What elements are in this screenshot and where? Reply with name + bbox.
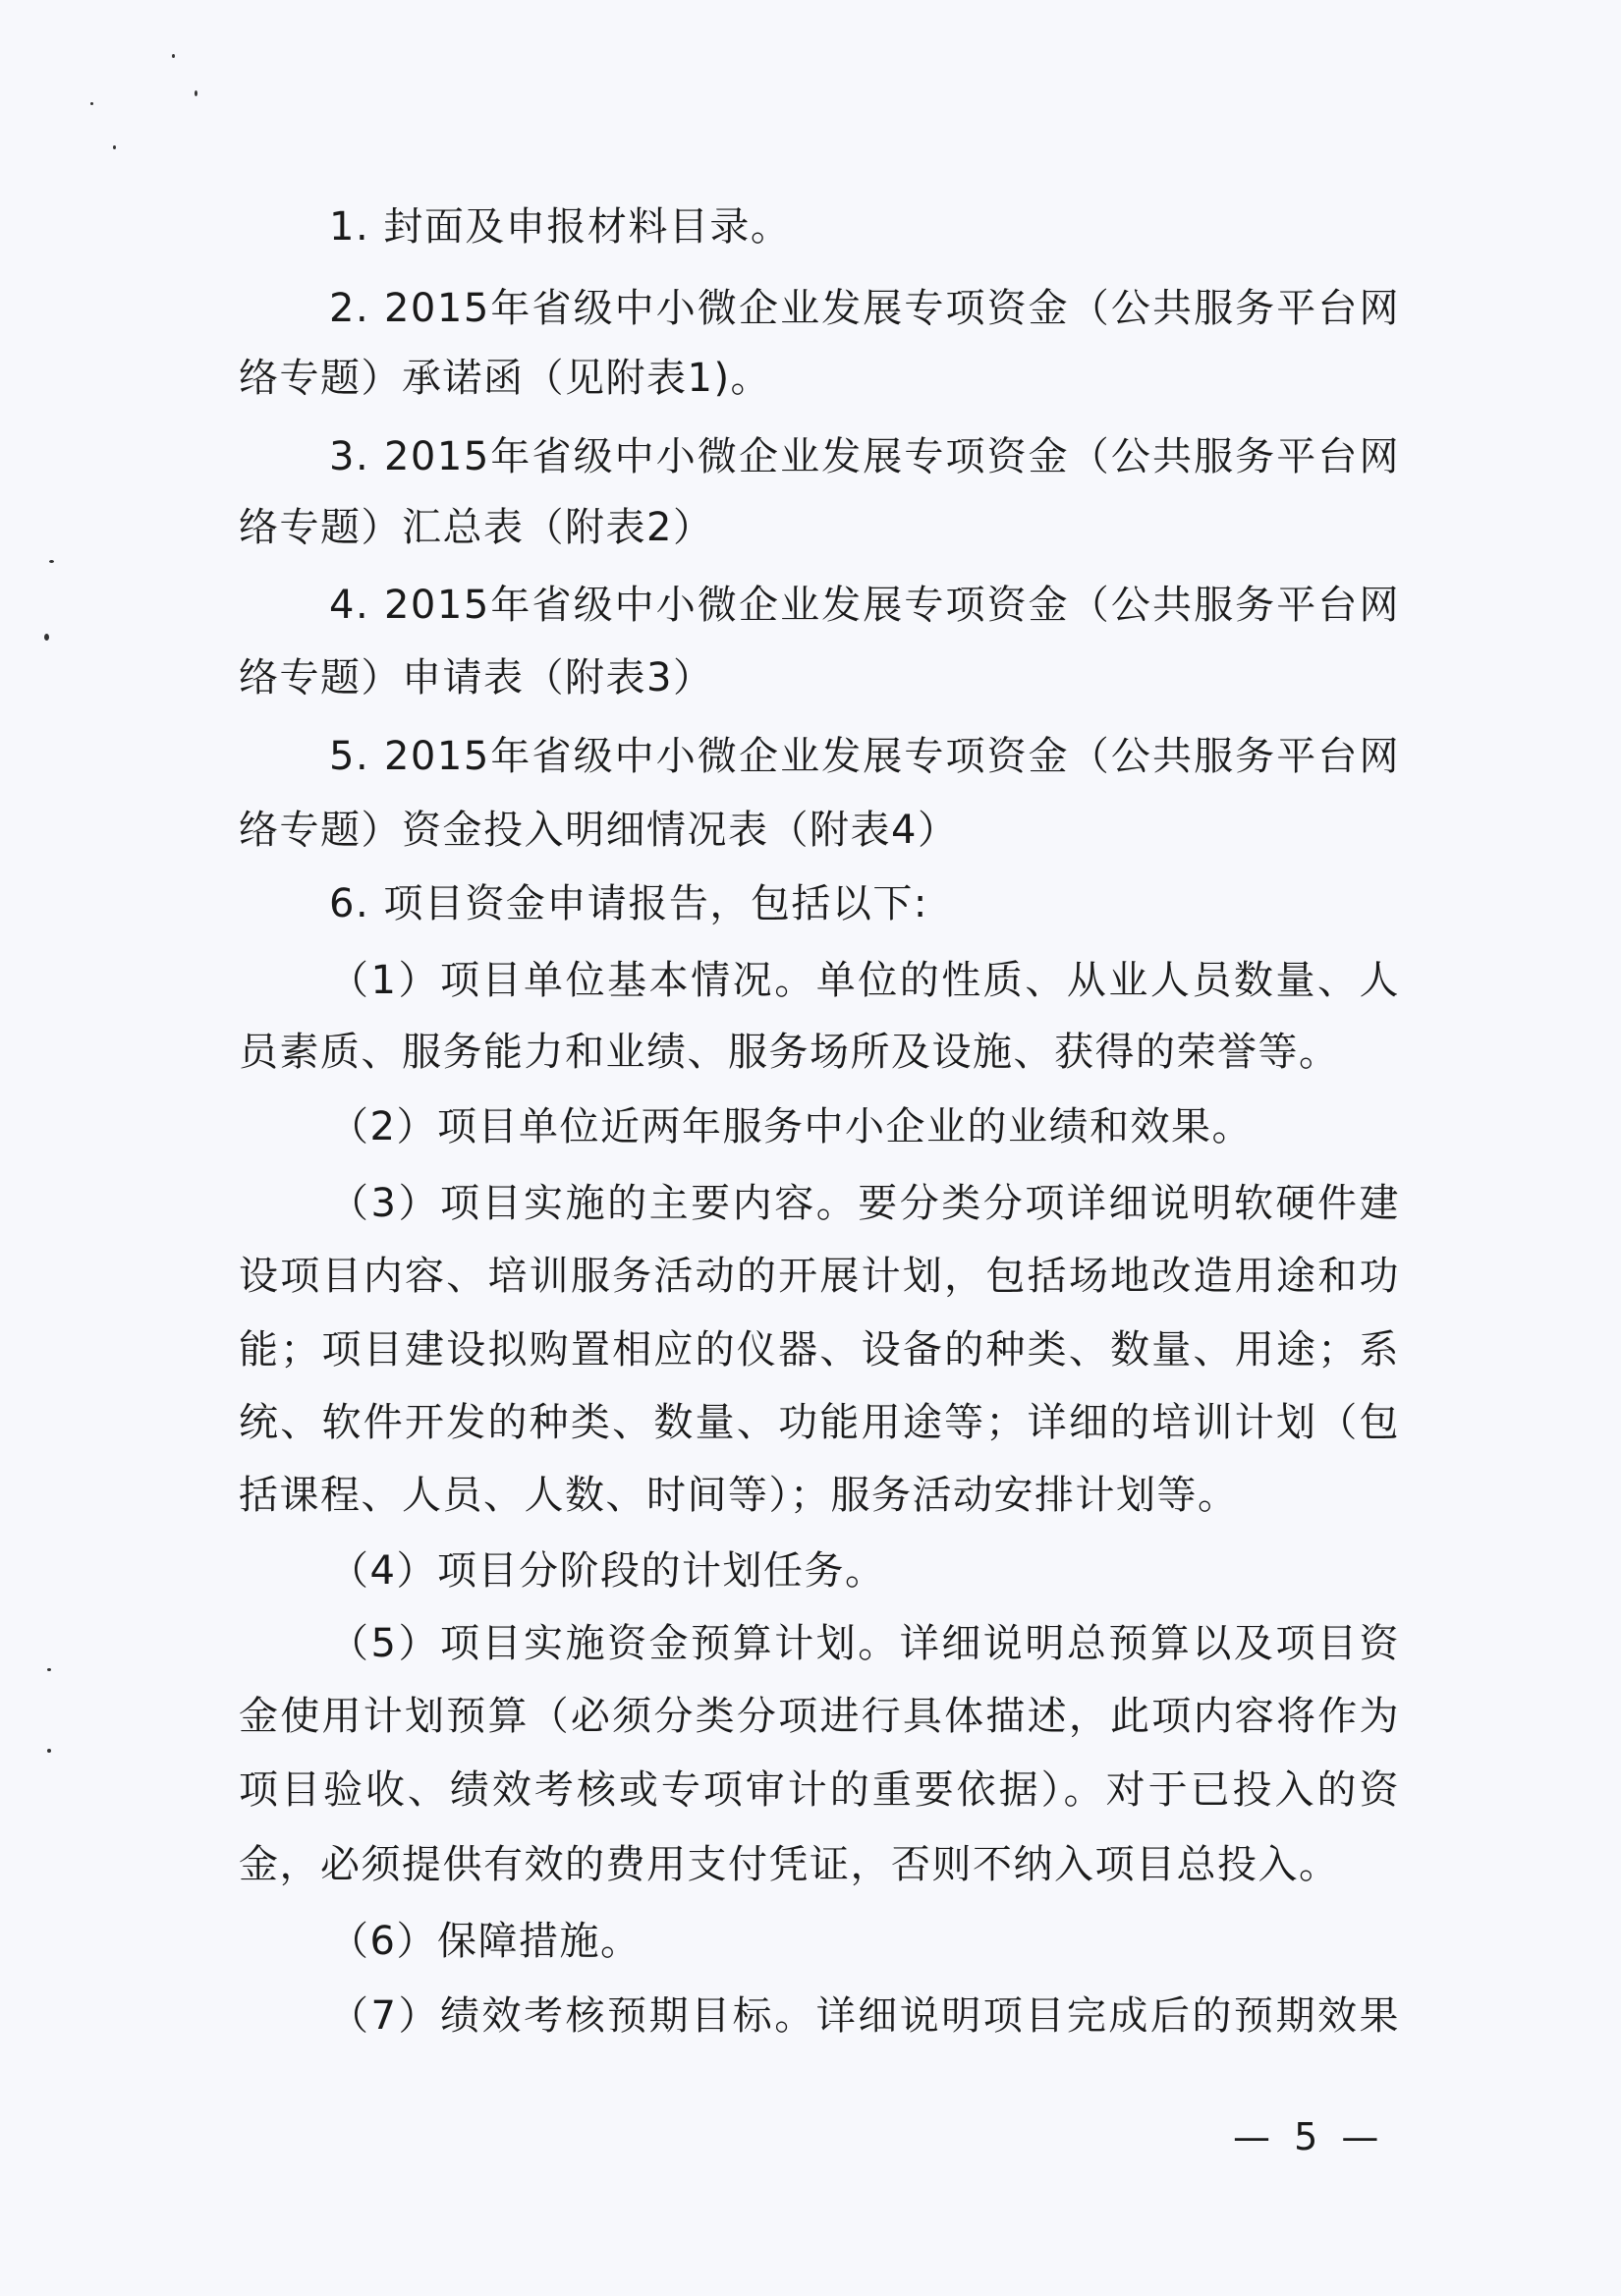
scan-speck bbox=[44, 634, 49, 641]
list-item-3-cont: 络专题）汇总表（附表2） bbox=[239, 503, 1400, 552]
sub-item-2: （2）项目单位近两年服务中小企业的业绩和效果。 bbox=[329, 1102, 1400, 1151]
sub-item-5: （5）项目实施资金预算计划。详细说明总预算以及项目资 bbox=[329, 1619, 1400, 1668]
sub-item-5-cont-3: 金，必须提供有效的费用支付凭证，否则不纳入项目总投入。 bbox=[239, 1840, 1400, 1889]
scan-speck bbox=[49, 560, 54, 563]
sub-item-3-cont-3: 统、软件开发的种类、数量、功能用途等；详细的培训计划（包 bbox=[239, 1398, 1400, 1447]
sub-item-5-cont-1: 金使用计划预算（必须分类分项进行具体描述，此项内容将作为 bbox=[239, 1692, 1400, 1741]
scan-speck bbox=[90, 102, 93, 105]
sub-item-7: （7）绩效考核预期目标。详细说明项目完成后的预期效果 bbox=[329, 1991, 1400, 2041]
sub-item-3-cont-2: 能；项目建设拟购置相应的仪器、设备的种类、数量、用途；系 bbox=[239, 1325, 1400, 1374]
scan-speck bbox=[47, 1668, 51, 1671]
list-item-6: 6. 项目资金申请报告，包括以下: bbox=[329, 879, 1400, 928]
scan-speck bbox=[47, 1749, 51, 1753]
list-item-5-cont: 络专题）资金投入明细情况表（附表4） bbox=[239, 806, 1400, 855]
sub-item-1-cont: 员素质、服务能力和业绩、服务场所及设施、获得的荣誉等。 bbox=[239, 1028, 1400, 1077]
page-number: — 5 — bbox=[1233, 2112, 1384, 2161]
list-item-5: 5. 2015年省级中小微企业发展专项资金（公共服务平台网 bbox=[329, 732, 1400, 781]
list-item-2: 2. 2015年省级中小微企业发展专项资金（公共服务平台网 bbox=[329, 284, 1400, 333]
list-item-1: 1. 封面及申报材料目录。 bbox=[329, 202, 1400, 252]
list-item-4: 4. 2015年省级中小微企业发展专项资金（公共服务平台网 bbox=[329, 581, 1400, 630]
sub-item-5-cont-2: 项目验收、绩效考核或专项审计的重要依据）。对于已投入的资 bbox=[239, 1765, 1400, 1815]
sub-item-4: （4）项目分阶段的计划任务。 bbox=[329, 1546, 1400, 1596]
sub-item-3-cont-4: 括课程、人员、人数、时间等）；服务活动安排计划等。 bbox=[239, 1471, 1400, 1520]
sub-item-1: （1）项目单位基本情况。单位的性质、从业人员数量、人 bbox=[329, 956, 1400, 1005]
scan-speck bbox=[195, 90, 197, 96]
list-item-3: 3. 2015年省级中小微企业发展专项资金（公共服务平台网 bbox=[329, 432, 1400, 481]
document-page: 1. 封面及申报材料目录。 2. 2015年省级中小微企业发展专项资金（公共服务… bbox=[0, 0, 1621, 2296]
sub-item-3: （3）项目实施的主要内容。要分类分项详细说明软硬件建 bbox=[329, 1179, 1400, 1228]
scan-speck bbox=[113, 145, 116, 149]
sub-item-3-cont-1: 设项目内容、培训服务活动的开展计划，包括场地改造用途和功 bbox=[239, 1252, 1400, 1301]
list-item-2-cont: 络专题）承诺函（见附表1)。 bbox=[239, 354, 1400, 403]
scan-speck bbox=[172, 54, 175, 58]
sub-item-6: （6）保障措施。 bbox=[329, 1917, 1400, 1966]
list-item-4-cont: 络专题）申请表（附表3） bbox=[239, 653, 1400, 702]
